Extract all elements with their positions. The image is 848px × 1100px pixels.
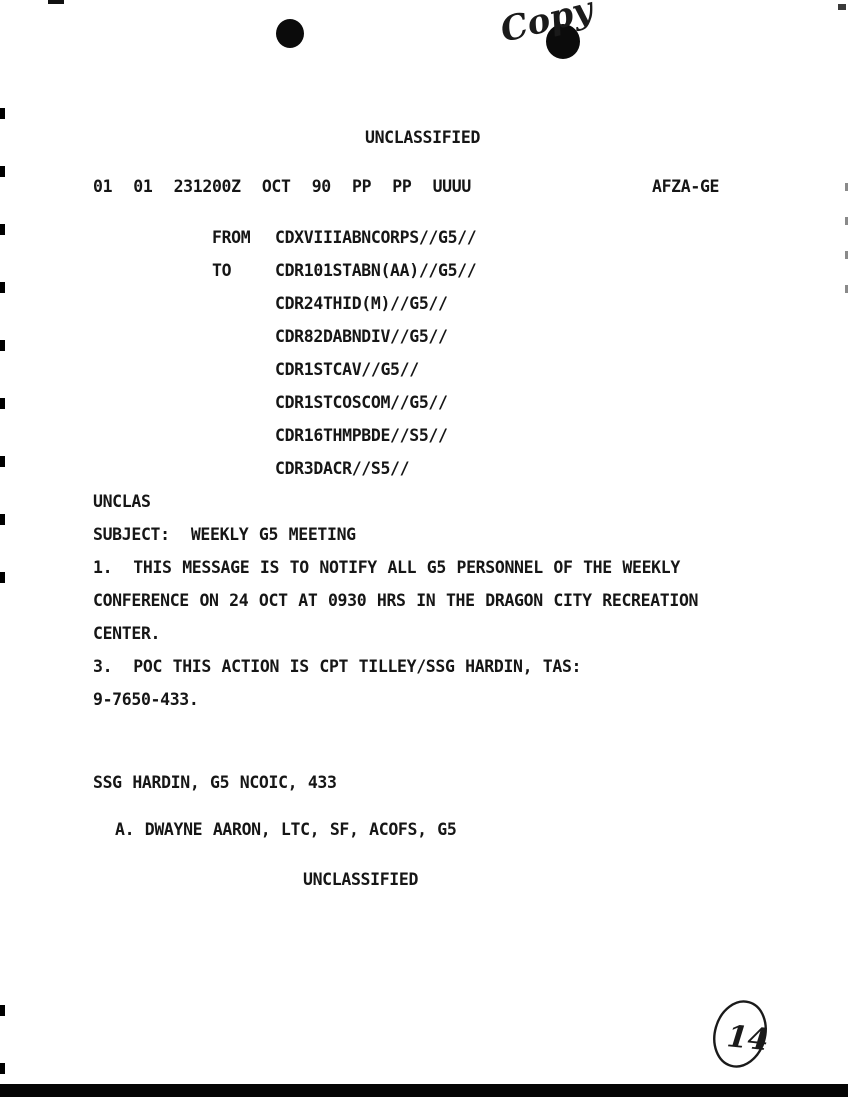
classification-header: UNCLASSIFIED — [365, 130, 480, 147]
to-address-4: CDR1STCOSCOM//G5// — [275, 395, 448, 412]
to-address-0: CDR101STABN(AA)//G5// — [275, 263, 476, 280]
to-address-6: CDR3DACR//S5// — [275, 461, 409, 478]
scan-smudge-top-right — [838, 4, 846, 10]
to-address-5: CDR16THMPBDE//S5// — [275, 428, 448, 445]
body-line-0: 1. THIS MESSAGE IS TO NOTIFY ALL G5 PERS… — [93, 560, 680, 577]
body-line-4: 9-7650-433. — [93, 692, 198, 709]
from-address: CDXVIIIABNCORPS//G5// — [275, 230, 476, 247]
scanned-document-page: Copy UNCLASSIFIED 01 01 231200Z OCT 90 P… — [0, 0, 848, 1100]
body-line-1: CONFERENCE ON 24 OCT AT 0930 HRS IN THE … — [93, 593, 698, 610]
office-symbol: AFZA-GE — [652, 179, 719, 196]
body-line-3: 3. POC THIS ACTION IS CPT TILLEY/SSG HAR… — [93, 659, 581, 676]
to-address-3: CDR1STCAV//G5// — [275, 362, 419, 379]
scan-edge-marks-left-upper — [0, 108, 5, 603]
copy-handwriting-text: Copy — [497, 0, 599, 51]
to-label: TO — [212, 263, 231, 280]
message-header-line: 01 01 231200Z OCT 90 PP PP UUUU — [93, 179, 471, 196]
to-address-2: CDR82DABNDIV//G5// — [275, 329, 448, 346]
classification-footer: UNCLASSIFIED — [303, 872, 418, 889]
unclas-marking: UNCLAS — [93, 494, 151, 511]
punch-dot-left — [276, 19, 304, 48]
from-label: FROM — [212, 230, 250, 247]
subject-line: SUBJECT: WEEKLY G5 MEETING — [93, 527, 356, 544]
to-address-1: CDR24THID(M)//G5// — [275, 296, 448, 313]
page-number-circle: 14 — [698, 996, 788, 1080]
copy-handwriting: Copy — [492, 0, 622, 66]
bottom-scan-bar — [0, 1084, 848, 1097]
scan-smudge-top-left — [48, 0, 64, 4]
signature-line: A. DWAYNE AARON, LTC, SF, ACOFS, G5 — [115, 822, 456, 839]
poc-line: SSG HARDIN, G5 NCOIC, 433 — [93, 775, 337, 792]
body-line-2: CENTER. — [93, 626, 160, 643]
scan-edge-marks-left-lower — [0, 1005, 5, 1083]
page-number-text: 14 — [725, 1019, 770, 1058]
